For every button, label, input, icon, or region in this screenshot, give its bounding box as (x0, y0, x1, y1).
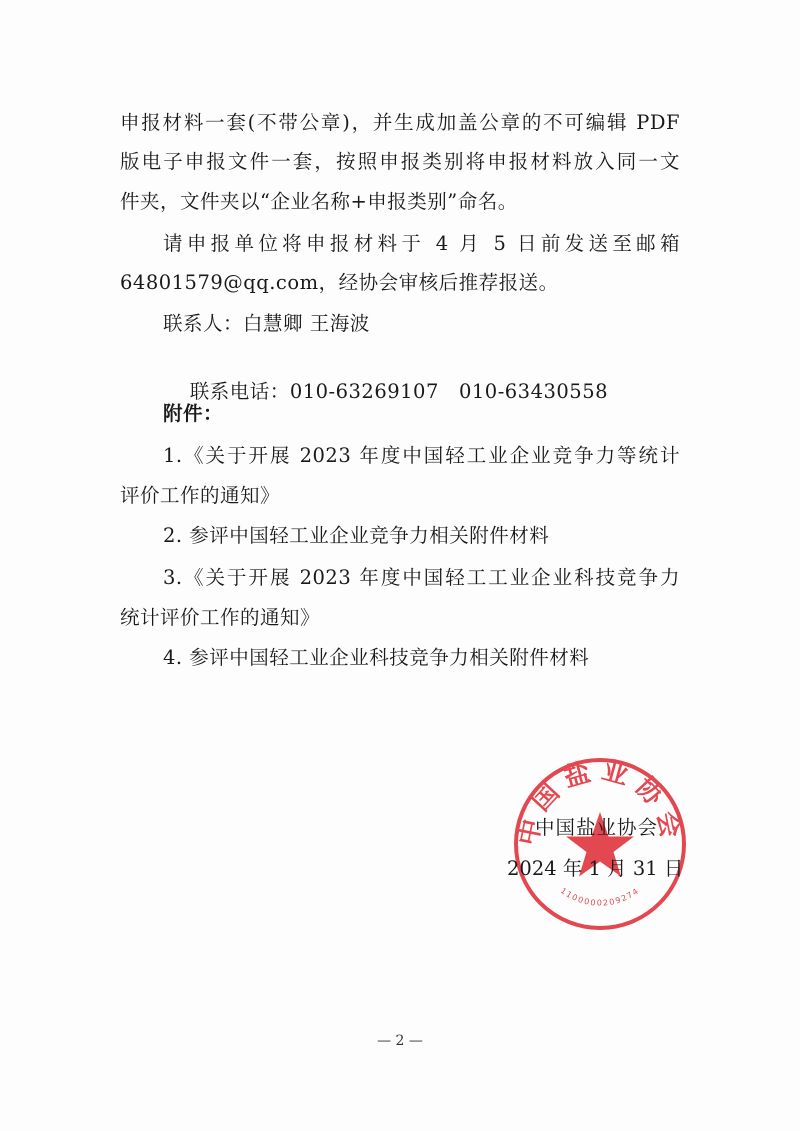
attachment-4: 4. 参评中国轻工业企业科技竞争力相关附件材料 (163, 644, 680, 672)
page-number: — 2 — (0, 1033, 800, 1049)
document-page: 申报材料一套(不带公章)，并生成加盖公章的不可编辑 PDF 版电子申报文件一套，… (0, 0, 800, 1131)
attachment-3-line-1: 3.《关于开展 2023 年度中国轻工工业企业科技竞争力 (163, 564, 680, 592)
paragraph-2-line-1: 请申报单位将申报材料于 4 月 5 日前发送至邮箱 (163, 230, 680, 258)
svg-text:1100000209274: 1100000209274 (559, 886, 641, 908)
paragraph-2-line-2: 64801579@qq.com，经协会审核后推荐报送。 (120, 269, 680, 297)
attachment-2: 2. 参评中国轻工业企业竞争力相关附件材料 (163, 522, 680, 550)
attachment-1-line-1: 1.《关于开展 2023 年度中国轻工业企业竞争力等统计 (163, 442, 680, 470)
official-seal-icon: 中国盐业协会 1100000209274 (512, 756, 688, 932)
contact-persons-label: 联系人： (163, 312, 243, 335)
paragraph-1-line-2: 版电子申报文件一套，按照申报类别将申报材料放入同一文 (120, 148, 680, 176)
contact-persons-names: 白慧卿 王海波 (243, 312, 370, 335)
seal-code: 1100000209274 (559, 886, 641, 908)
contact-persons: 联系人：白慧卿 王海波 (163, 310, 680, 338)
attachments-heading: 附件： (163, 400, 680, 428)
paragraph-1-line-1: 申报材料一套(不带公章)，并生成加盖公章的不可编辑 PDF (120, 109, 680, 137)
signature-date: 2024 年 1 月 31 日 (507, 855, 683, 883)
signature-organization: 中国盐业协会 (535, 814, 658, 842)
attachment-1-line-2: 评价工作的通知》 (120, 482, 680, 510)
attachment-3-line-2: 统计评价工作的通知》 (120, 604, 680, 632)
paragraph-1-line-3: 件夹，文件夹以“企业名称+申报类别”命名。 (120, 188, 680, 216)
